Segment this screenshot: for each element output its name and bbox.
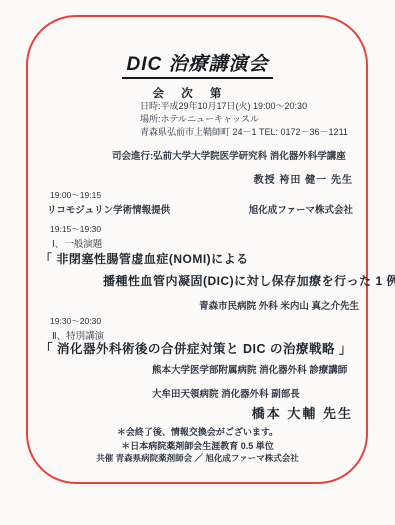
session2-title-line2: 播種性血管内凝固(DIC)に対し保存加療を行った 1 例 」 — [103, 272, 395, 289]
session3-affiliation1: 熊本大学医学部附属病院 消化器外科 診療講師 — [152, 362, 347, 376]
session2-time: 19:15～19:30 — [50, 223, 101, 235]
session3-time: 19:30～20:30 — [50, 315, 101, 327]
footer-cosponsor: 共催 青森県病院薬剤師会 ／ 旭化成ファーマ株式会社 — [0, 452, 395, 464]
event-venue: 場所:ホテルニューキャッスル — [140, 113, 348, 126]
moderator-affiliation: 司会進行:弘前大学大学院医学研究科 消化器外科学講座 — [112, 148, 346, 162]
page-title: DIC 治療講演会 — [122, 49, 272, 79]
session2-speaker: 青森市民病院 外科 米内山 真之介先生 — [199, 298, 359, 312]
session3-affiliation2: 大牟田天領病院 消化器外科 副部長 — [152, 386, 300, 400]
session1-row: リコモジュリン学術情報提供 旭化成ファーマ株式会社 — [47, 202, 353, 216]
footer-note-reception: ＊会終了後、情報交換会がございます。 — [0, 425, 395, 438]
session1-time: 19:00～19:15 — [50, 189, 101, 201]
footer-note-credit: ＊日本病院薬剤師会生涯教育 0.5 単位 — [0, 439, 395, 452]
agenda-heading: 会 次 第 — [0, 85, 381, 101]
scanned-flyer-page: DIC 治療講演会 会 次 第 日時:平成29年10月17日(火) 19:00～… — [0, 0, 395, 525]
event-address: 青森県弘前市上鞘師町 24－1 TEL: 0172－36－1211 — [140, 126, 348, 139]
session3-title: 「 消化器外科術後の合併症対策と DIC の治療戦略 」 — [40, 339, 352, 357]
event-datetime: 日時:平成29年10月17日(火) 19:00～20:30 — [140, 100, 348, 113]
title-row: DIC 治療講演会 — [0, 49, 395, 79]
session2-heading: Ⅰ、一般演題 — [52, 236, 102, 250]
session1-label: リコモジュリン学術情報提供 — [47, 202, 170, 216]
event-meta-block: 日時:平成29年10月17日(火) 19:00～20:30 場所:ホテルニューキ… — [140, 100, 348, 139]
session3-speaker: 橋本 大輔 先生 — [252, 403, 353, 422]
moderator-name: 教授 袴田 健一 先生 — [254, 171, 353, 186]
session1-presenter: 旭化成ファーマ株式会社 — [249, 202, 353, 216]
session2-title-line1: 「 非閉塞性腸管虚血症(NOMI)による — [40, 250, 249, 267]
